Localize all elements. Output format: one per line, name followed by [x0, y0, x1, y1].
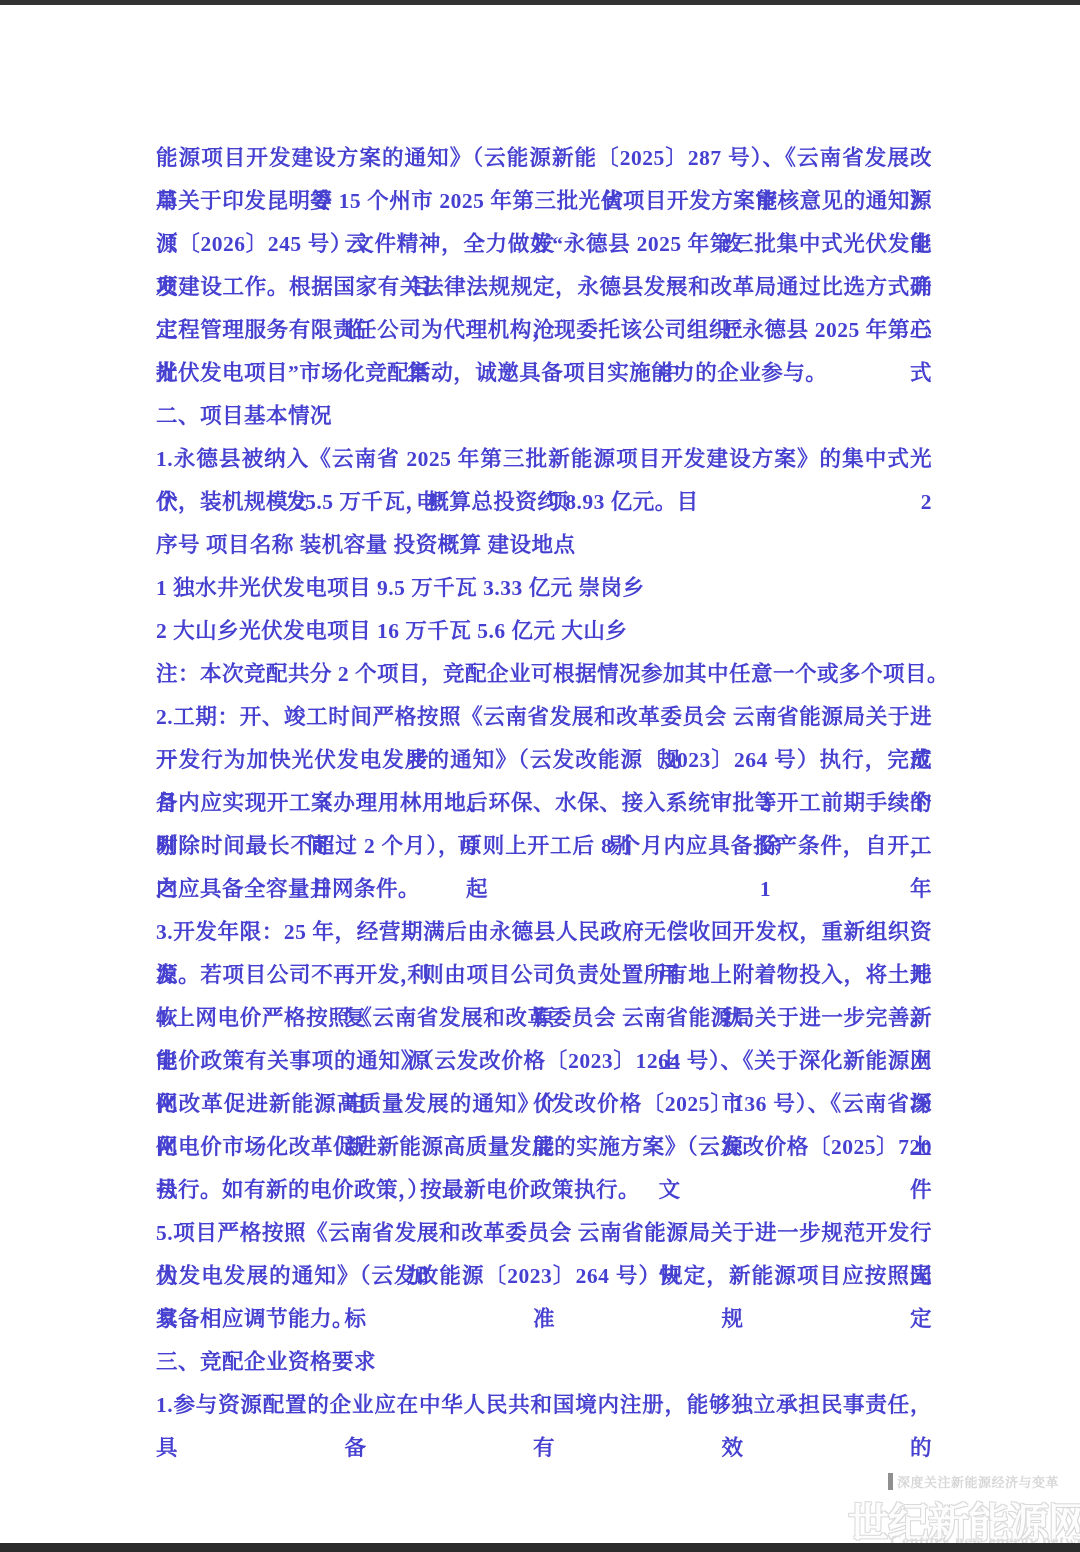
watermark-slogan: 深度关注新能源经济与变革: [897, 1472, 1059, 1491]
top-border-bar: [0, 0, 1080, 5]
text-line: 三、竞配企业资格要求: [156, 1341, 932, 1384]
text-line: 伏发电发展的通知》（云发改能源〔2023〕264 号）规定，新能源项目应按照国家…: [156, 1255, 932, 1298]
text-line: 光伏发电项目”市场化竞配活动，诚邀具备项目实施能力的企业参与。: [156, 352, 932, 395]
text-line: 月内应实现开工（办理用林用地、环保、水保、接入系统审批等开工前期手续的时间可剔除…: [156, 782, 932, 825]
text-line: 发。若项目公司不再开发，则由项目公司负责处置所有地上附着物投入，将土地恢复原状。: [156, 954, 932, 997]
text-line: 工程管理服务有限责任公司为代理机构，现委托该公司组织“永德县 2025 年第三批…: [156, 309, 932, 352]
bottom-border-bar: [0, 1543, 1080, 1552]
text-line: 能源项目开发建设方案的通知》（云能源新能〔2025〕287 号）、《云南省发展改…: [156, 137, 932, 180]
text-line: 二、项目基本情况: [156, 395, 932, 438]
watermark-site-title: 世纪新能源网: [848, 1490, 1080, 1549]
text-line: 2 大山乡光伏发电项目 16 万千瓦 5.6 亿元 大山乡: [156, 610, 932, 653]
watermark-slogan-tab: [888, 1473, 893, 1490]
text-line: 发建设工作。根据国家有关法律法规规定，永德县发展和改革局通过比选方式确定临沧匠心: [156, 266, 932, 309]
text-line: 注：本次竞配共分 2 个项目，竞配企业可根据情况参加其中任意一个或多个项目。: [156, 653, 932, 696]
text-line: 局关于印发昆明等 15 个州市 2025 年第三批光伏项目开发方案审核意见的通知…: [156, 180, 932, 223]
text-line: 1 独水井光伏发电项目 9.5 万千瓦 3.33 亿元 崇岗乡: [156, 567, 932, 610]
text-line: 2.工期：开、竣工时间严格按照《云南省发展和改革委员会 云南省能源局关于进一步规…: [156, 696, 932, 739]
text-line: 1.参与资源配置的企业应在中华人民共和国境内注册，能够独立承担民事责任，具备有效…: [156, 1384, 932, 1427]
text-line: 剔除时间最长不超过 2 个月），原则上开工后 8 个月内应具备投产条件，自开工之…: [156, 825, 932, 868]
text-line: 1.永德县被纳入《云南省 2025 年第三批新能源项目开发建设方案》的集中式光伏…: [156, 438, 932, 481]
text-line: 源〔2026〕245 号）文件精神，全力做好“永德县 2025 年第三批集中式光…: [156, 223, 932, 266]
text-line: 电价政策有关事项的通知》（云发改价格〔2023〕1264 号）、《关于深化新能源…: [156, 1040, 932, 1083]
watermark-slogan-row: 深度关注新能源经济与变革: [888, 1472, 1059, 1490]
text-line: 序号 项目名称 装机容量 投资概算 建设地点: [156, 524, 932, 567]
text-line: 网电价市场化改革促进新能源高质量发展的实施方案》（云发改价格〔2025〕720 …: [156, 1126, 932, 1169]
text-line: 3.开发年限：25 年，经营期满后由永德县人民政府无偿收回开发权，重新组织资源利…: [156, 911, 932, 954]
document-page: { "page": { "background": "#ffffff", "te…: [0, 0, 1080, 1552]
document-lines: 能源项目开发建设方案的通知》（云能源新能〔2025〕287 号）、《云南省发展改…: [156, 137, 932, 1427]
text-line: 4.上网电价严格按照《云南省发展和改革委员会 云南省能源局关于进一步完善新能源上…: [156, 997, 932, 1040]
text-line: 5.项目严格按照《云南省发展和改革委员会 云南省能源局关于进一步规范开发行为加快…: [156, 1212, 932, 1255]
text-line: 化改革促进新能源高质量发展的通知》（发改价格〔2025〕136 号）、《云南省深…: [156, 1083, 932, 1126]
text-line: 开发行为加快光伏发电发展的通知》（云发改能源〔2023〕264 号）执行，完成备…: [156, 739, 932, 782]
